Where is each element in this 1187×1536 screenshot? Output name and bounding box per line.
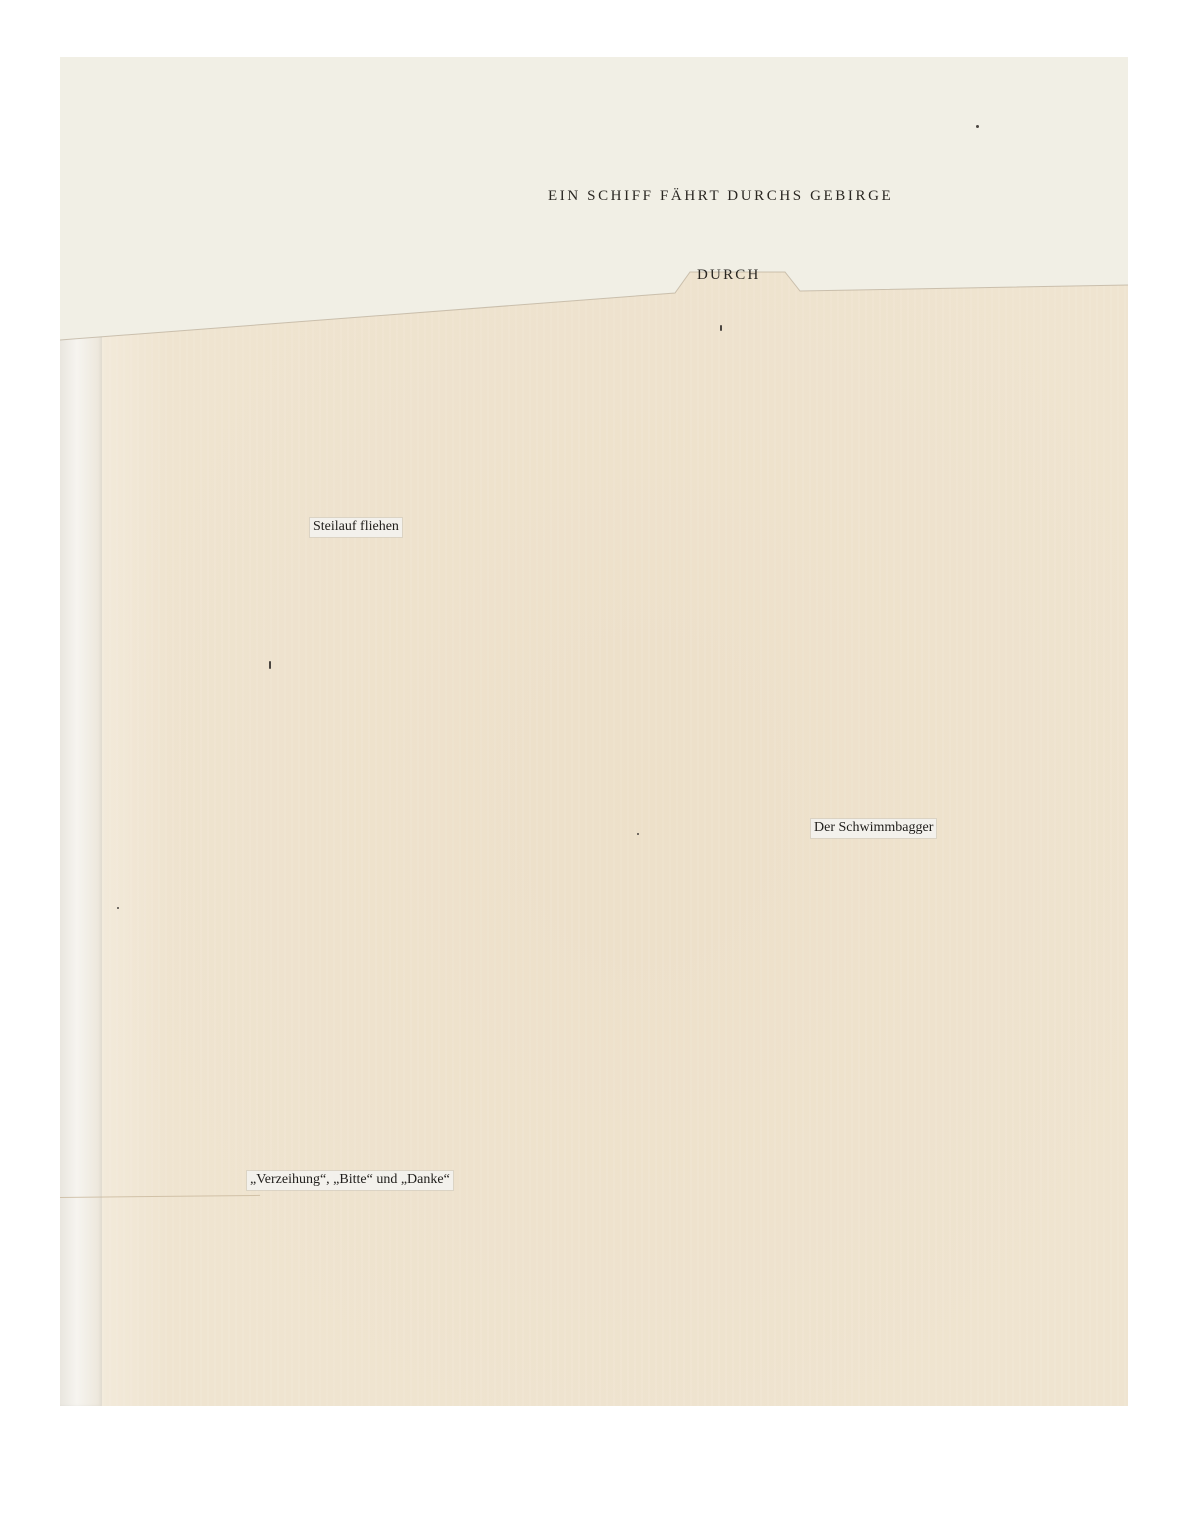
ink-speck xyxy=(720,325,722,331)
ink-speck xyxy=(269,661,271,669)
show-through-text-line xyxy=(165,187,170,212)
collage-page: EIN SCHIFF FÄHRT DURCHS GEBIRGE DURCH St… xyxy=(60,57,1128,1406)
tab-word: DURCH xyxy=(697,267,761,284)
snippet-steilauf-fliehen: Steilauf fliehen xyxy=(310,518,402,537)
deckled-paper-edge xyxy=(60,327,102,1406)
ink-speck xyxy=(637,833,639,835)
snippet-der-schwimmbagger: Der Schwimmbagger xyxy=(811,819,936,838)
ink-speck xyxy=(976,125,979,128)
ink-speck xyxy=(117,907,119,909)
snippet-verzeihung-bitte-danke: „Verzeihung“, „Bitte“ und „Danke“ xyxy=(247,1171,453,1190)
page-title: EIN SCHIFF FÄHRT DURCHS GEBIRGE xyxy=(548,188,893,205)
